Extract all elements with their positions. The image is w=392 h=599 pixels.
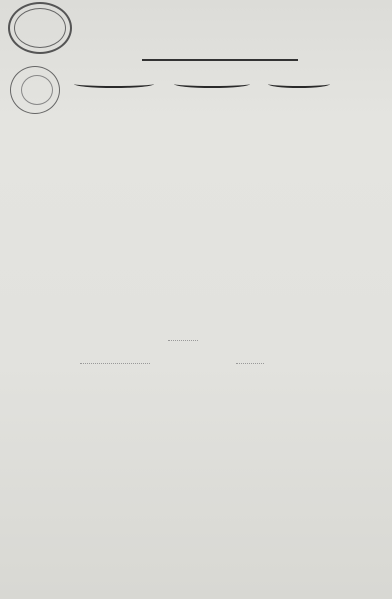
- fill-line: [168, 339, 198, 341]
- flourish: [74, 80, 154, 88]
- government-seal-stamp: [8, 2, 72, 54]
- fill-line: [80, 362, 150, 364]
- tax-stamp: [10, 66, 60, 114]
- fill-line: [236, 362, 264, 364]
- flourish: [174, 80, 250, 88]
- title-rule: [142, 59, 298, 61]
- birth-certificate-document: [0, 0, 392, 599]
- flourish: [268, 80, 330, 88]
